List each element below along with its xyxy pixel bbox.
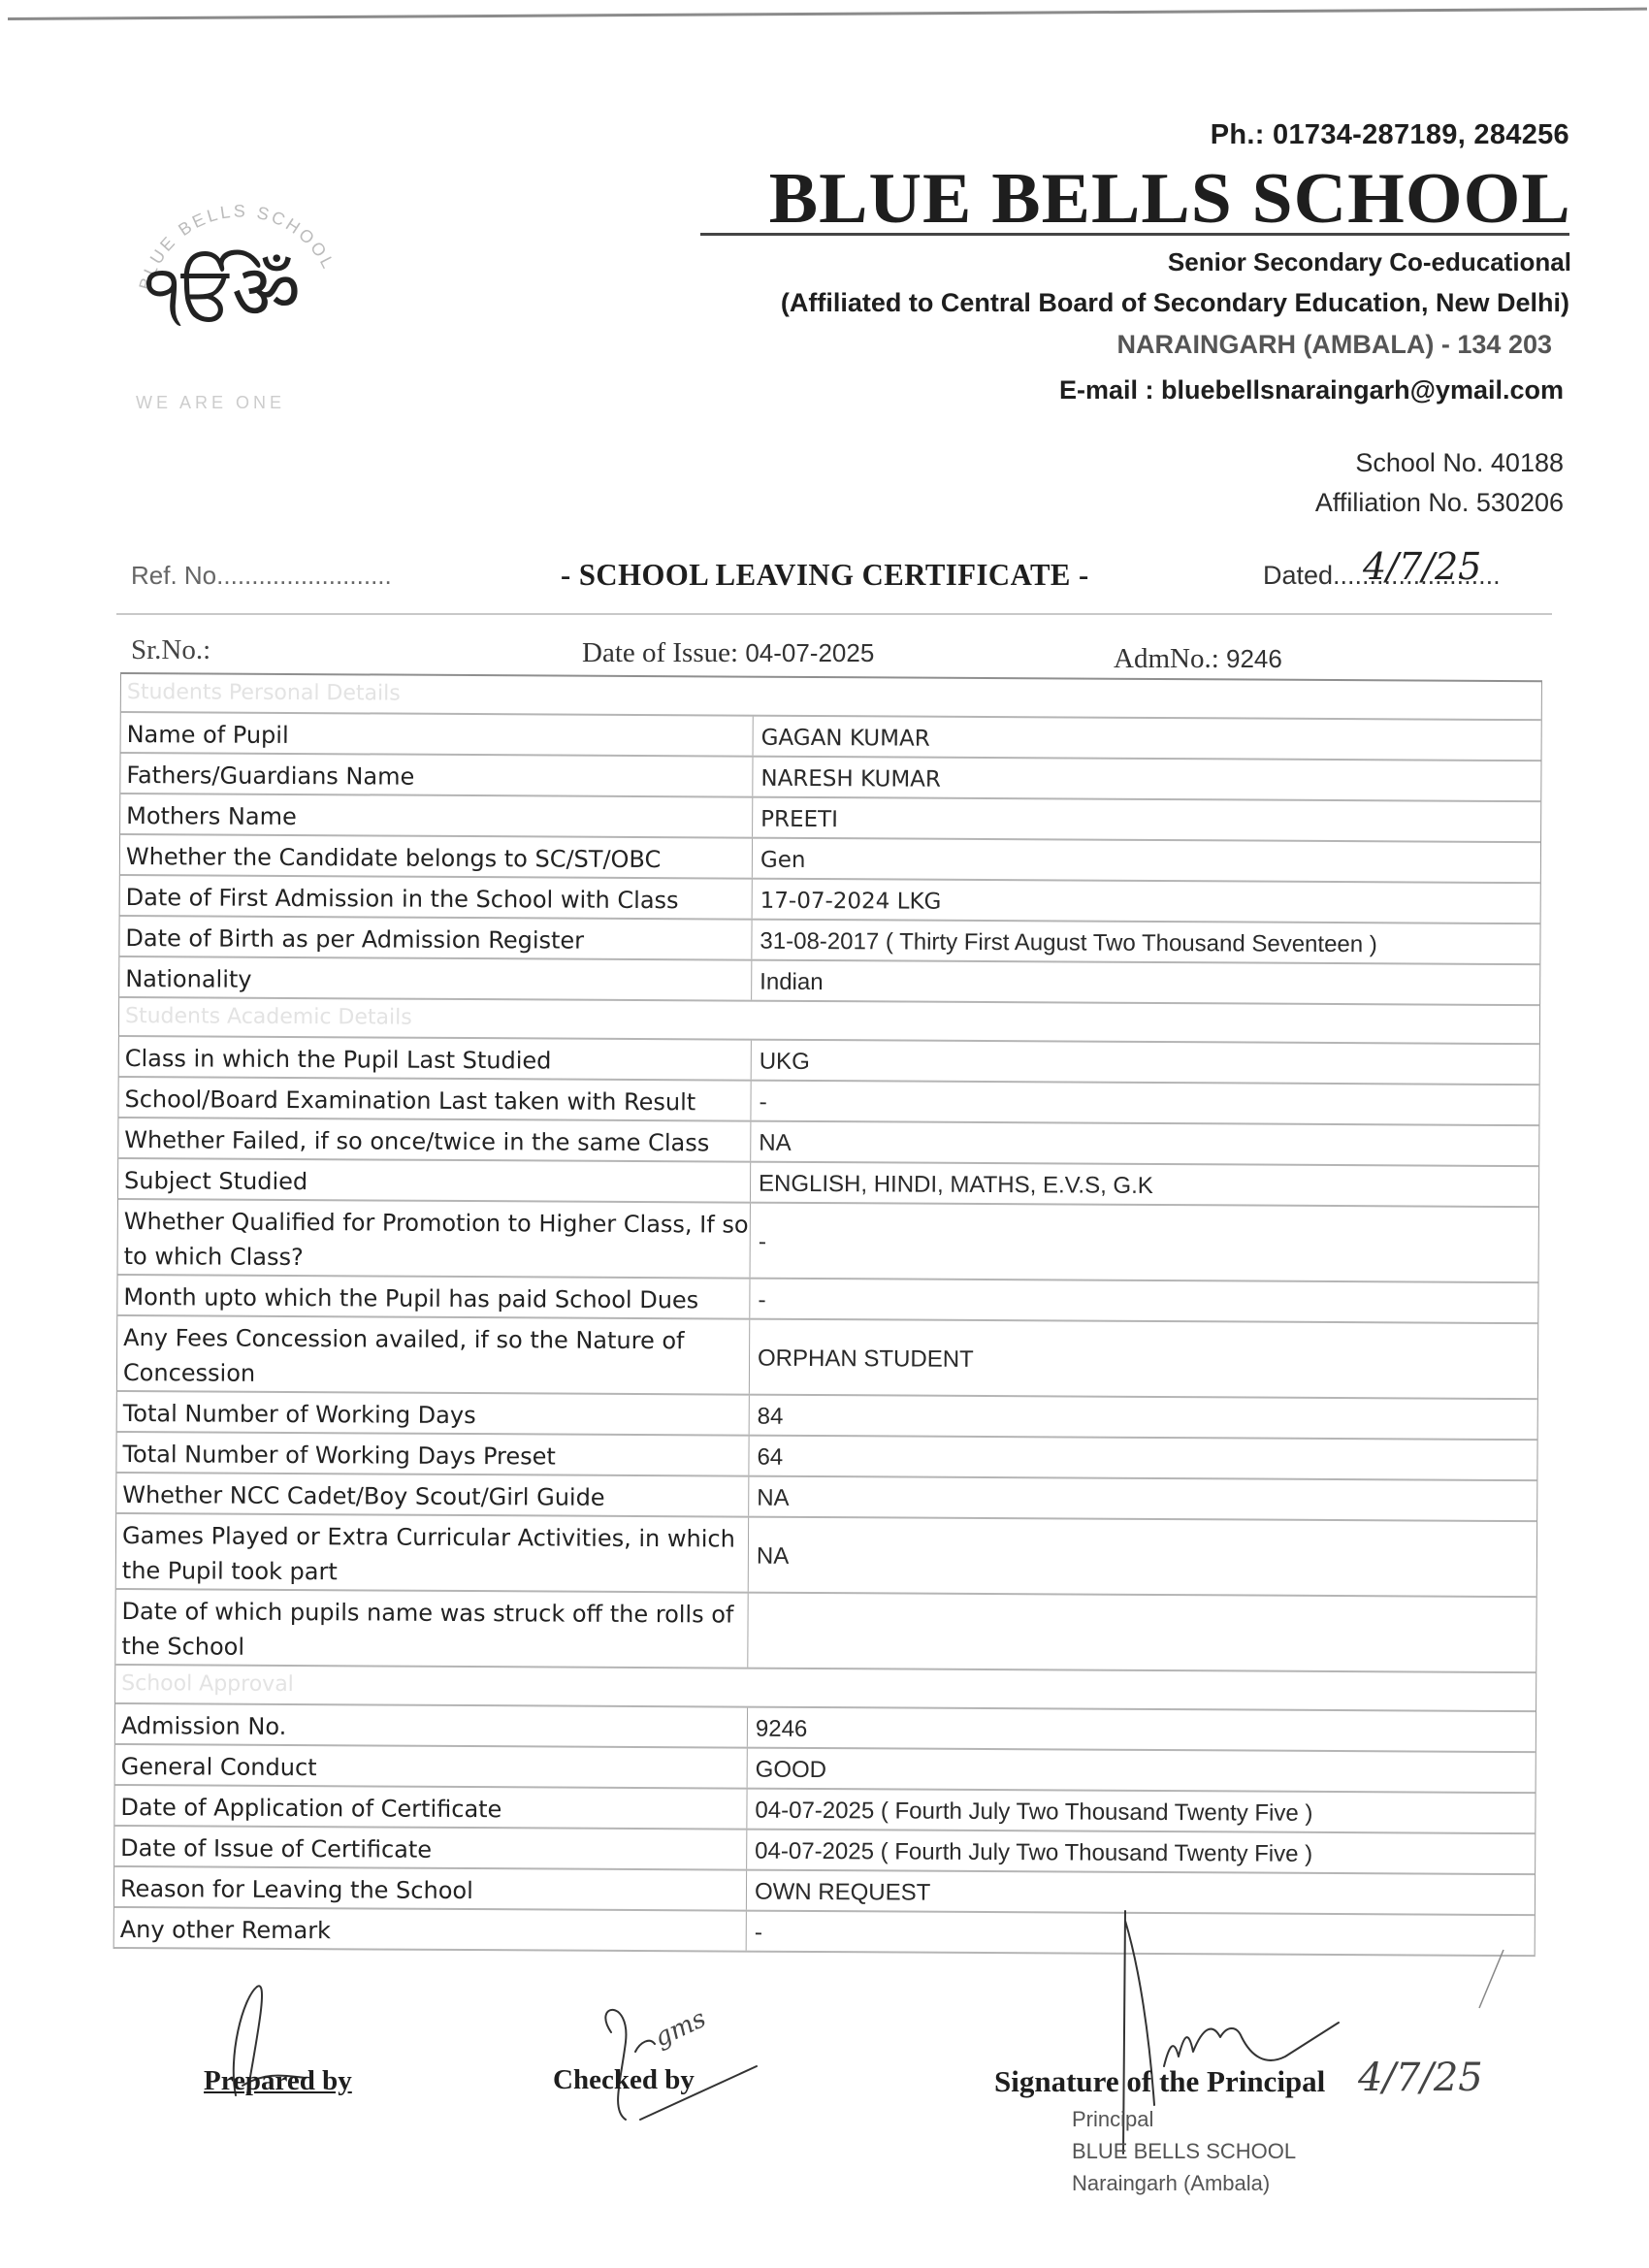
row-value: 9246 [748, 1708, 1536, 1752]
row-value: ORPHAN STUDENT [750, 1320, 1537, 1399]
row-value: 84 [750, 1396, 1537, 1440]
principal-signature-label: Signature of the Principal [994, 2064, 1325, 2099]
row-value: NA [751, 1122, 1538, 1166]
row-label: Any other Remark [114, 1908, 747, 1951]
school-phone: Ph.: 01734-287189, 284256 [1211, 119, 1569, 151]
svg-text:gms: gms [650, 2004, 710, 2053]
prepared-by-label: Prepared by [204, 2065, 352, 2097]
row-label: Name of Pupil [121, 713, 754, 756]
logo-motto: WE ARE ONE [136, 393, 285, 413]
row-value: UKG [752, 1041, 1539, 1085]
row-label: Date of Application of Certificate [114, 1786, 747, 1829]
affiliation-number: Affiliation No. 530206 [1315, 488, 1564, 518]
row-value: PREETI [753, 798, 1540, 842]
logo-glyph-icon: ੴॐ [145, 238, 295, 340]
stamp-line: BLUE BELLS SCHOOL [1072, 2135, 1296, 2167]
school-name-underline [700, 233, 1569, 236]
school-type: Senior Secondary Co-educational [1168, 247, 1571, 277]
row-value: Gen [753, 839, 1540, 883]
row-label: Fathers/Guardians Name [120, 754, 753, 796]
row-label: Whether Failed, if so once/twice in the … [118, 1118, 751, 1161]
row-label: Games Played or Extra Curricular Activit… [116, 1514, 749, 1592]
row-value: OWN REQUEST [747, 1871, 1535, 1915]
serial-number-label: Sr.No.: [131, 634, 210, 666]
ref-no-field: Ref. No......................... [131, 561, 392, 591]
school-email: E-mail : bluebellsnaraingarh@ymail.com [1059, 375, 1564, 405]
row-value: - [751, 1204, 1538, 1282]
row-value: - [751, 1082, 1538, 1125]
row-label: Whether NCC Cadet/Boy Scout/Girl Guide [116, 1474, 749, 1516]
row-label: Class in which the Pupil Last Studied [119, 1037, 752, 1080]
school-affiliation: (Affiliated to Central Board of Secondar… [781, 288, 1569, 318]
table-row: Whether Qualified for Promotion to Highe… [118, 1200, 1538, 1283]
row-label: Date of Birth as per Admission Register [119, 917, 752, 959]
stamp-line: Principal [1072, 2103, 1296, 2135]
row-value: - [750, 1280, 1537, 1323]
date-of-issue-label: Date of Issue: [582, 637, 738, 668]
date-of-issue-value: 04-07-2025 [745, 638, 874, 667]
row-value: NARESH KUMAR [753, 758, 1540, 801]
row-label: Whether Qualified for Promotion to Highe… [118, 1200, 751, 1278]
row-label: Month upto which the Pupil has paid Scho… [117, 1276, 750, 1318]
table-row: Games Played or Extra Curricular Activit… [116, 1514, 1536, 1598]
checked-by-label: Checked by [553, 2064, 695, 2096]
row-label: Reason for Leaving the School [114, 1867, 747, 1910]
row-label: Any Fees Concession availed, if so the N… [117, 1316, 750, 1394]
row-label: Whether the Candidate belongs to SC/ST/O… [120, 835, 753, 878]
table-row: Any Fees Concession availed, if so the N… [117, 1316, 1537, 1400]
divider [116, 613, 1552, 615]
svg-text:4/7/25: 4/7/25 [1357, 2056, 1483, 2100]
row-value: 04-07-2025 ( Fourth July Two Thousand Tw… [747, 1831, 1535, 1874]
admission-number: AdmNo.: 9246 [1114, 643, 1282, 675]
row-label: Date of which pupils name was struck off… [115, 1590, 748, 1668]
certificate-title: - SCHOOL LEAVING CERTIFICATE - [561, 557, 1089, 593]
row-value [748, 1594, 1536, 1672]
school-number: School No. 40188 [1355, 448, 1564, 478]
row-label: General Conduct [115, 1745, 748, 1788]
row-label: Total Number of Working Days [117, 1392, 750, 1435]
admission-number-value: 9246 [1226, 644, 1282, 673]
date-of-issue: Date of Issue: 04-07-2025 [582, 637, 874, 669]
school-name: BLUE BELLS SCHOOL [769, 158, 1571, 241]
row-value: ENGLISH, HINDI, MATHS, E.V.S, G.K [751, 1163, 1538, 1207]
row-value: GOOD [748, 1749, 1536, 1793]
row-label: Nationality [119, 957, 752, 1000]
row-label: Subject Studied [118, 1159, 751, 1202]
row-value: NA [749, 1518, 1536, 1597]
school-location: NARAINGARH (AMBALA) - 134 203 [1116, 330, 1552, 360]
row-value: 64 [749, 1437, 1536, 1480]
row-value: NA [749, 1477, 1536, 1521]
row-value: GAGAN KUMAR [754, 717, 1541, 761]
row-label: Admission No. [115, 1704, 748, 1747]
admission-number-label: AdmNo.: [1114, 643, 1219, 674]
row-value: 17-07-2024 LKG [753, 880, 1540, 923]
row-label: School/Board Examination Last taken with… [118, 1078, 751, 1120]
row-label: Date of Issue of Certificate [114, 1827, 747, 1869]
row-value: 31-08-2017 ( Thirty First August Two Tho… [752, 921, 1539, 964]
row-label: Total Number of Working Days Preset [116, 1433, 749, 1475]
page-top-edge-line [8, 8, 1647, 20]
table-row: Date of which pupils name was struck off… [115, 1590, 1536, 1673]
row-label: Mothers Name [120, 794, 753, 837]
dated-handwritten-value: 4/7/25 [1363, 545, 1481, 588]
principal-stamp: Principal BLUE BELLS SCHOOL Naraingarh (… [1072, 2103, 1296, 2199]
certificate-details-table: Students Personal DetailsName of PupilGA… [113, 672, 1542, 1957]
row-label: Date of First Admission in the School wi… [120, 876, 753, 919]
stamp-line: Naraingarh (Ambala) [1072, 2167, 1296, 2199]
row-value: 04-07-2025 ( Fourth July Two Thousand Tw… [747, 1790, 1535, 1833]
row-value: Indian [752, 961, 1539, 1005]
